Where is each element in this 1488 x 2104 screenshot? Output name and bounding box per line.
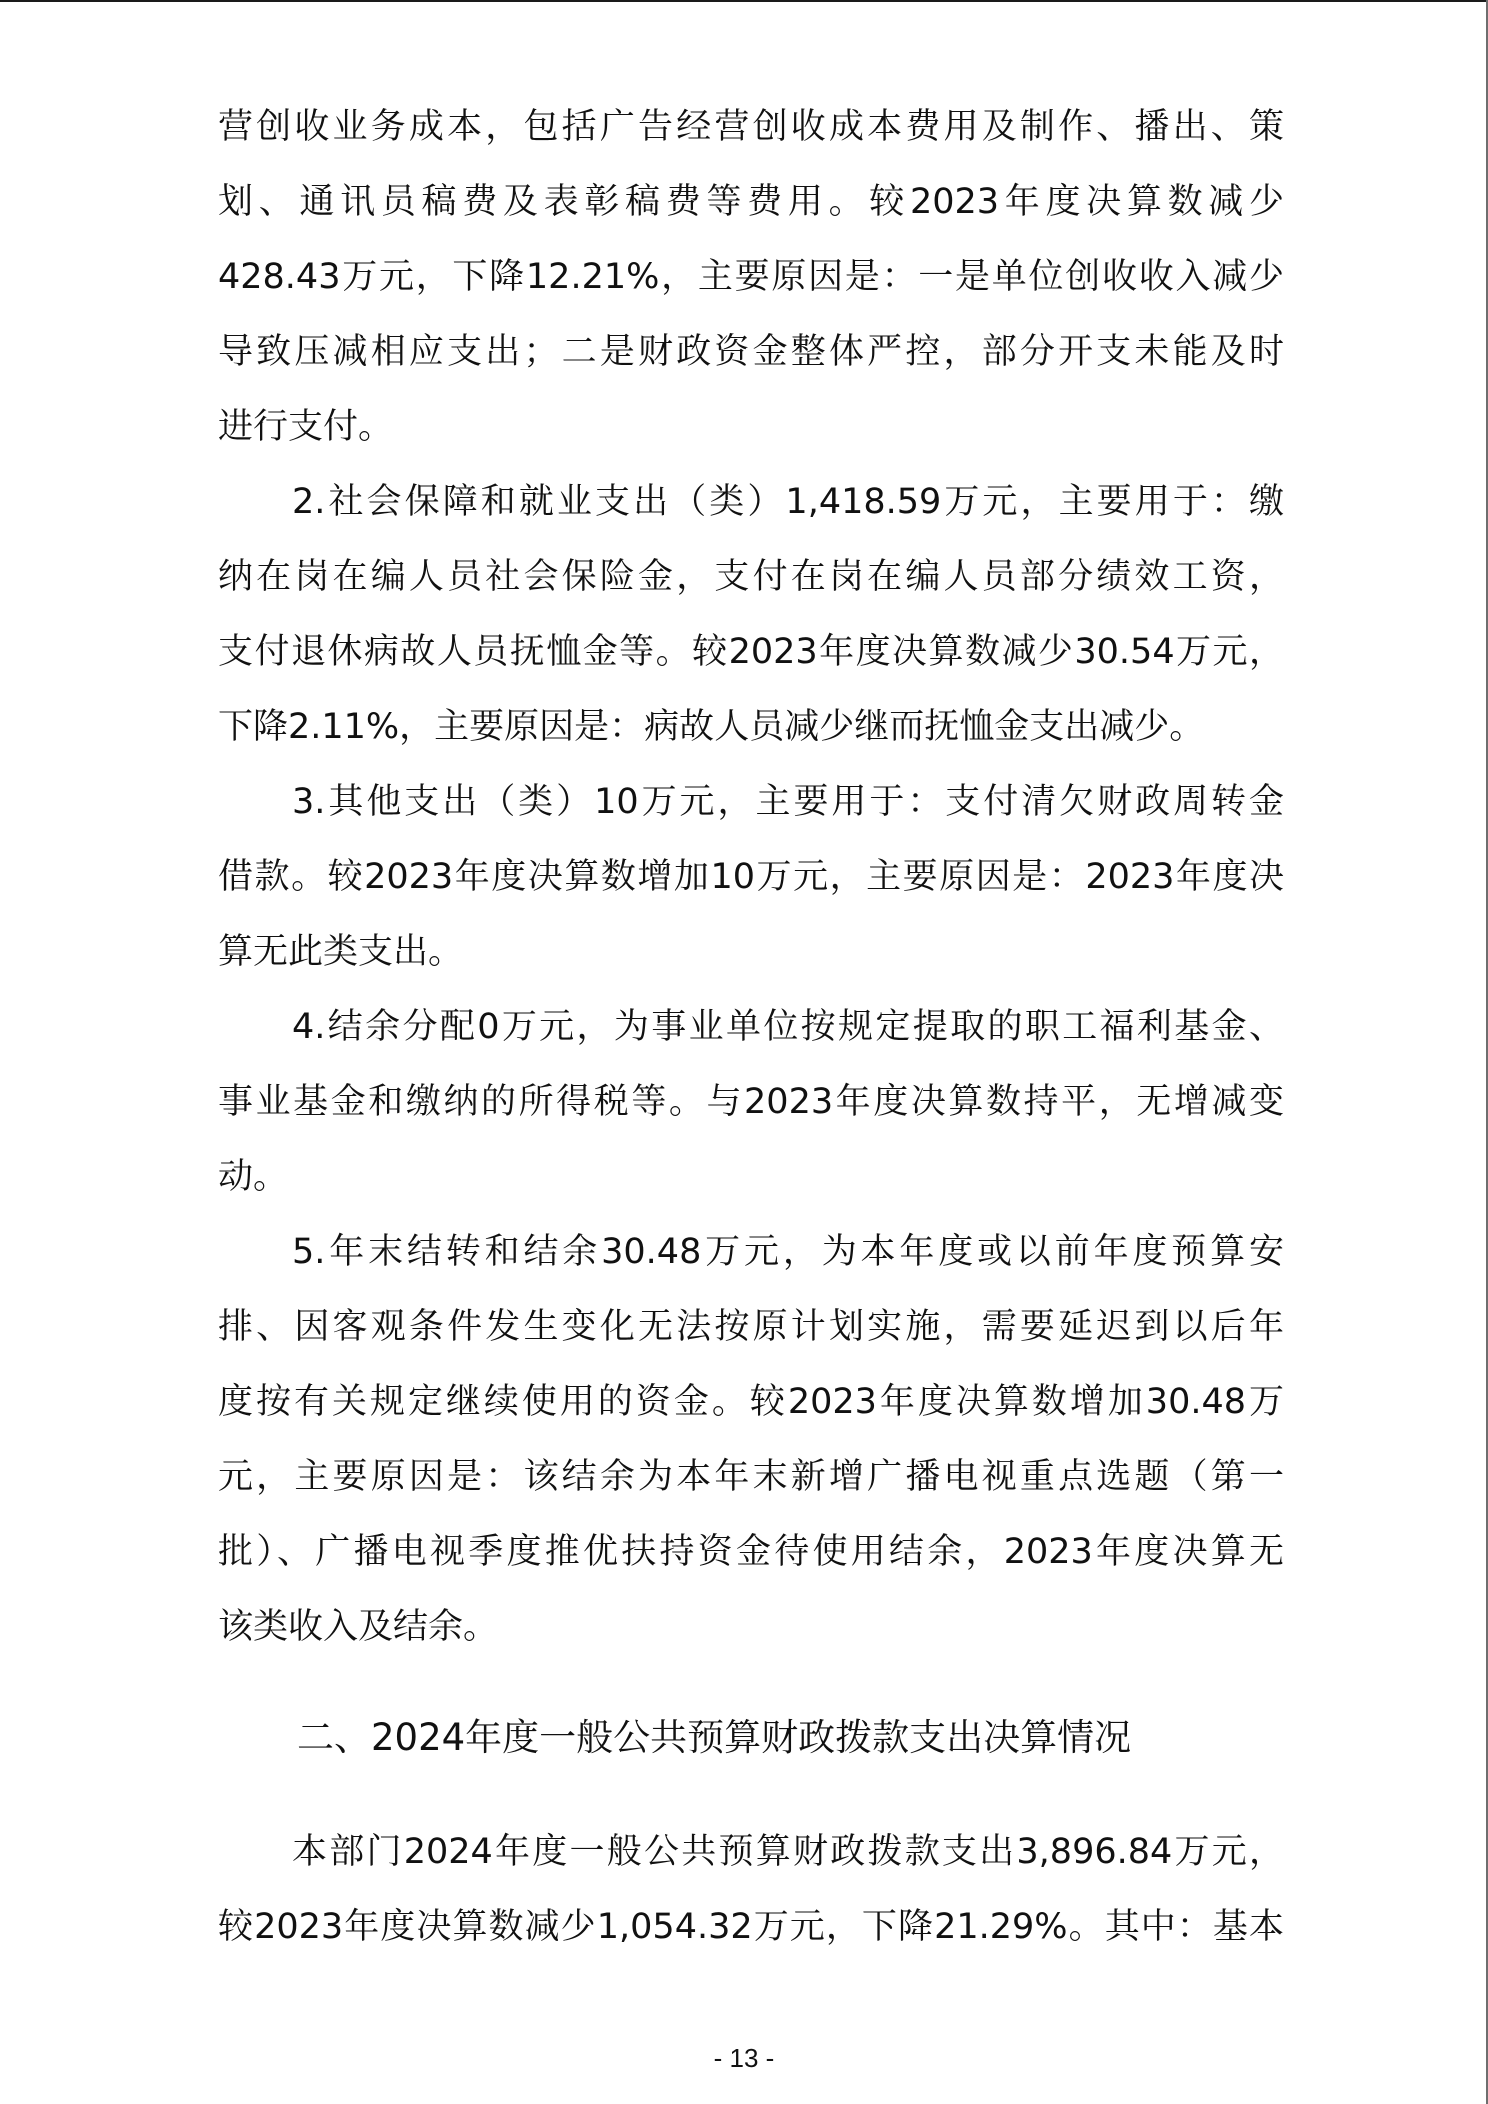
text-line: 动。	[218, 1140, 1284, 1215]
text-line: 3.其他支出（类）10万元，主要用于：支付清欠财政周转金	[218, 765, 1284, 840]
text-line: 纳在岗在编人员社会保险金，支付在岗在编人员部分绩效工资，	[218, 540, 1284, 615]
page-top-border	[0, 0, 1488, 2]
text-line: 事业基金和缴纳的所得税等。与2023年度决算数持平，无增减变	[218, 1065, 1284, 1140]
text-line: 支付退休病故人员抚恤金等。较2023年度决算数减少30.54万元，	[218, 615, 1284, 690]
document-body: 营创收业务成本，包括广告经营创收成本费用及制作、播出、策 划、通讯员稿费及表彰稿…	[218, 90, 1284, 1665]
paragraph-other-expenses: 3.其他支出（类）10万元，主要用于：支付清欠财政周转金 借款。较2023年度决…	[218, 765, 1284, 990]
text-line: 进行支付。	[218, 390, 1284, 465]
paragraph-surplus-distribution: 4.结余分配0万元，为事业单位按规定提取的职工福利基金、 事业基金和缴纳的所得税…	[218, 990, 1284, 1215]
text-line: 划、通讯员稿费及表彰稿费等费用。较2023年度决算数减少	[218, 165, 1284, 240]
text-line: 批）、广播电视季度推优扶持资金待使用结余，2023年度决算无	[218, 1515, 1284, 1590]
section-heading: 二、2024年度一般公共预算财政拨款支出决算情况	[297, 1708, 1131, 1768]
text-line: 4.结余分配0万元，为事业单位按规定提取的职工福利基金、	[218, 990, 1284, 1065]
paragraph-business-cost: 营创收业务成本，包括广告经营创收成本费用及制作、播出、策 划、通讯员稿费及表彰稿…	[218, 90, 1284, 465]
text-line: 下降2.11%，主要原因是：病故人员减少继而抚恤金支出减少。	[218, 690, 1284, 765]
text-line: 428.43万元，下降12.21%，主要原因是：一是单位创收收入减少	[218, 240, 1284, 315]
paragraph-year-end-carryover: 5.年末结转和结余30.48万元，为本年度或以前年度预算安 排、因客观条件发生变…	[218, 1215, 1284, 1665]
text-line: 该类收入及结余。	[218, 1590, 1284, 1665]
text-line: 营创收业务成本，包括广告经营创收成本费用及制作、播出、策	[218, 90, 1284, 165]
text-line: 导致压减相应支出；二是财政资金整体严控，部分开支未能及时	[218, 315, 1284, 390]
text-line: 5.年末结转和结余30.48万元，为本年度或以前年度预算安	[218, 1215, 1284, 1290]
text-line: 借款。较2023年度决算数增加10万元，主要原因是：2023年度决	[218, 840, 1284, 915]
paragraph-general-budget: 本部门2024年度一般公共预算财政拨款支出3,896.84万元， 较2023年度…	[218, 1815, 1284, 1965]
text-line: 算无此类支出。	[218, 915, 1284, 990]
text-line: 元，主要原因是：该结余为本年末新增广播电视重点选题（第一	[218, 1440, 1284, 1515]
page-number: - 13 -	[0, 2040, 1488, 2076]
text-line: 本部门2024年度一般公共预算财政拨款支出3,896.84万元，	[218, 1815, 1284, 1890]
text-line: 较2023年度决算数减少1,054.32万元，下降21.29%。其中：基本	[218, 1890, 1284, 1965]
paragraph-social-security: 2.社会保障和就业支出（类）1,418.59万元，主要用于：缴 纳在岗在编人员社…	[218, 465, 1284, 765]
text-line: 排、因客观条件发生变化无法按原计划实施，需要延迟到以后年	[218, 1290, 1284, 1365]
text-line: 度按有关规定继续使用的资金。较2023年度决算数增加30.48万	[218, 1365, 1284, 1440]
text-line: 2.社会保障和就业支出（类）1,418.59万元，主要用于：缴	[218, 465, 1284, 540]
